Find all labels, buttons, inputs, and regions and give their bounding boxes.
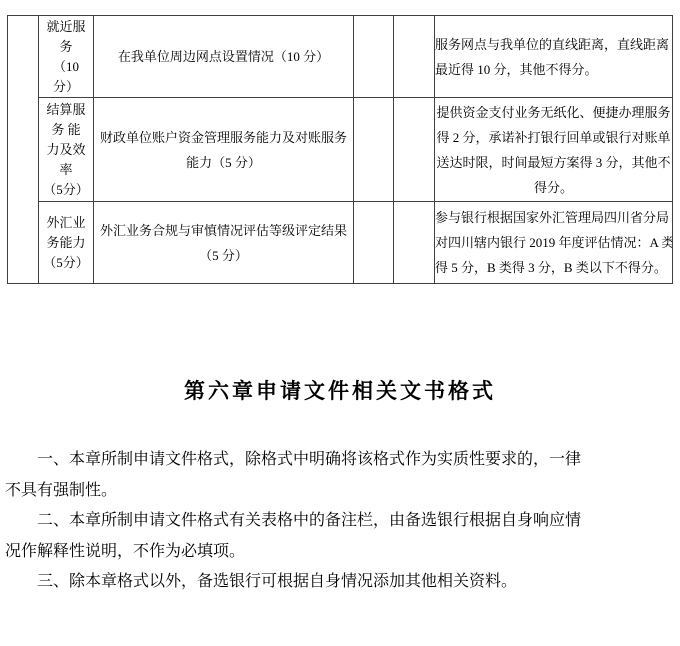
table-cell-empty <box>394 98 435 202</box>
table-cell-empty <box>394 202 435 284</box>
table-row-forex-service: 外汇业 务能力 （5分） 外汇业务合规与审慎情况评估等级评定结果 （5 分） 参… <box>8 202 673 284</box>
table-cell-empty <box>354 202 394 284</box>
evaluation-criteria-table: 就近服 务 （10 分） 在我单位周边网点设置情况（10 分） 服务网点与我单位… <box>7 15 673 284</box>
item-cell: 在我单位周边网点设置情况（10 分） <box>94 16 354 98</box>
category-cell: 就近服 务 （10 分） <box>39 16 94 98</box>
item-cell: 外汇业务合规与审慎情况评估等级评定结果 （5 分） <box>94 202 354 284</box>
criteria-cell: 提供资金支付业务无纸化、便捷办理服务 得 2 分，承诺补打银行回单或银行对账单 … <box>435 98 673 202</box>
item-cell: 财政单位账户资金管理服务能力及对账服务 能力（5 分） <box>94 98 354 202</box>
category-cell: 结算服 务 能 力及效 率 （5分） <box>39 98 94 202</box>
table-row-proximity-service: 就近服 务 （10 分） 在我单位周边网点设置情况（10 分） 服务网点与我单位… <box>8 16 673 98</box>
chapter-heading: 第六章申请文件相关文书格式 <box>0 377 680 406</box>
document-page: 就近服 务 （10 分） 在我单位周边网点设置情况（10 分） 服务网点与我单位… <box>0 0 680 646</box>
paragraph-2: 二、本章所制申请文件格式有关表格中的备注栏，由备选银行根据自身响应情 况作解释性… <box>5 506 609 567</box>
paragraph-3: 三、除本章格式以外，备选银行可根据自身情况添加其他相关资料。 <box>5 567 609 598</box>
table-cell-empty <box>394 16 435 98</box>
criteria-cell: 服务网点与我单位的直线距离，直线距离 最近得 10 分，其他不得分。 <box>435 16 673 98</box>
table-cell-left-merged-empty <box>8 16 39 284</box>
category-cell: 外汇业 务能力 （5分） <box>39 202 94 284</box>
paragraph-1: 一、本章所制申请文件格式，除格式中明确将该格式作为实质性要求的，一律 不具有强制… <box>5 445 609 506</box>
body-text: 一、本章所制申请文件格式，除格式中明确将该格式作为实质性要求的，一律 不具有强制… <box>5 445 609 598</box>
table-cell-empty <box>354 16 394 98</box>
criteria-cell: 参与银行根据国家外汇管理局四川省分局 对四川辖内银行 2019 年度评估情况：A… <box>435 202 673 284</box>
table-row-settlement-service: 结算服 务 能 力及效 率 （5分） 财政单位账户资金管理服务能力及对账服务 能… <box>8 98 673 202</box>
table-cell-empty <box>354 98 394 202</box>
